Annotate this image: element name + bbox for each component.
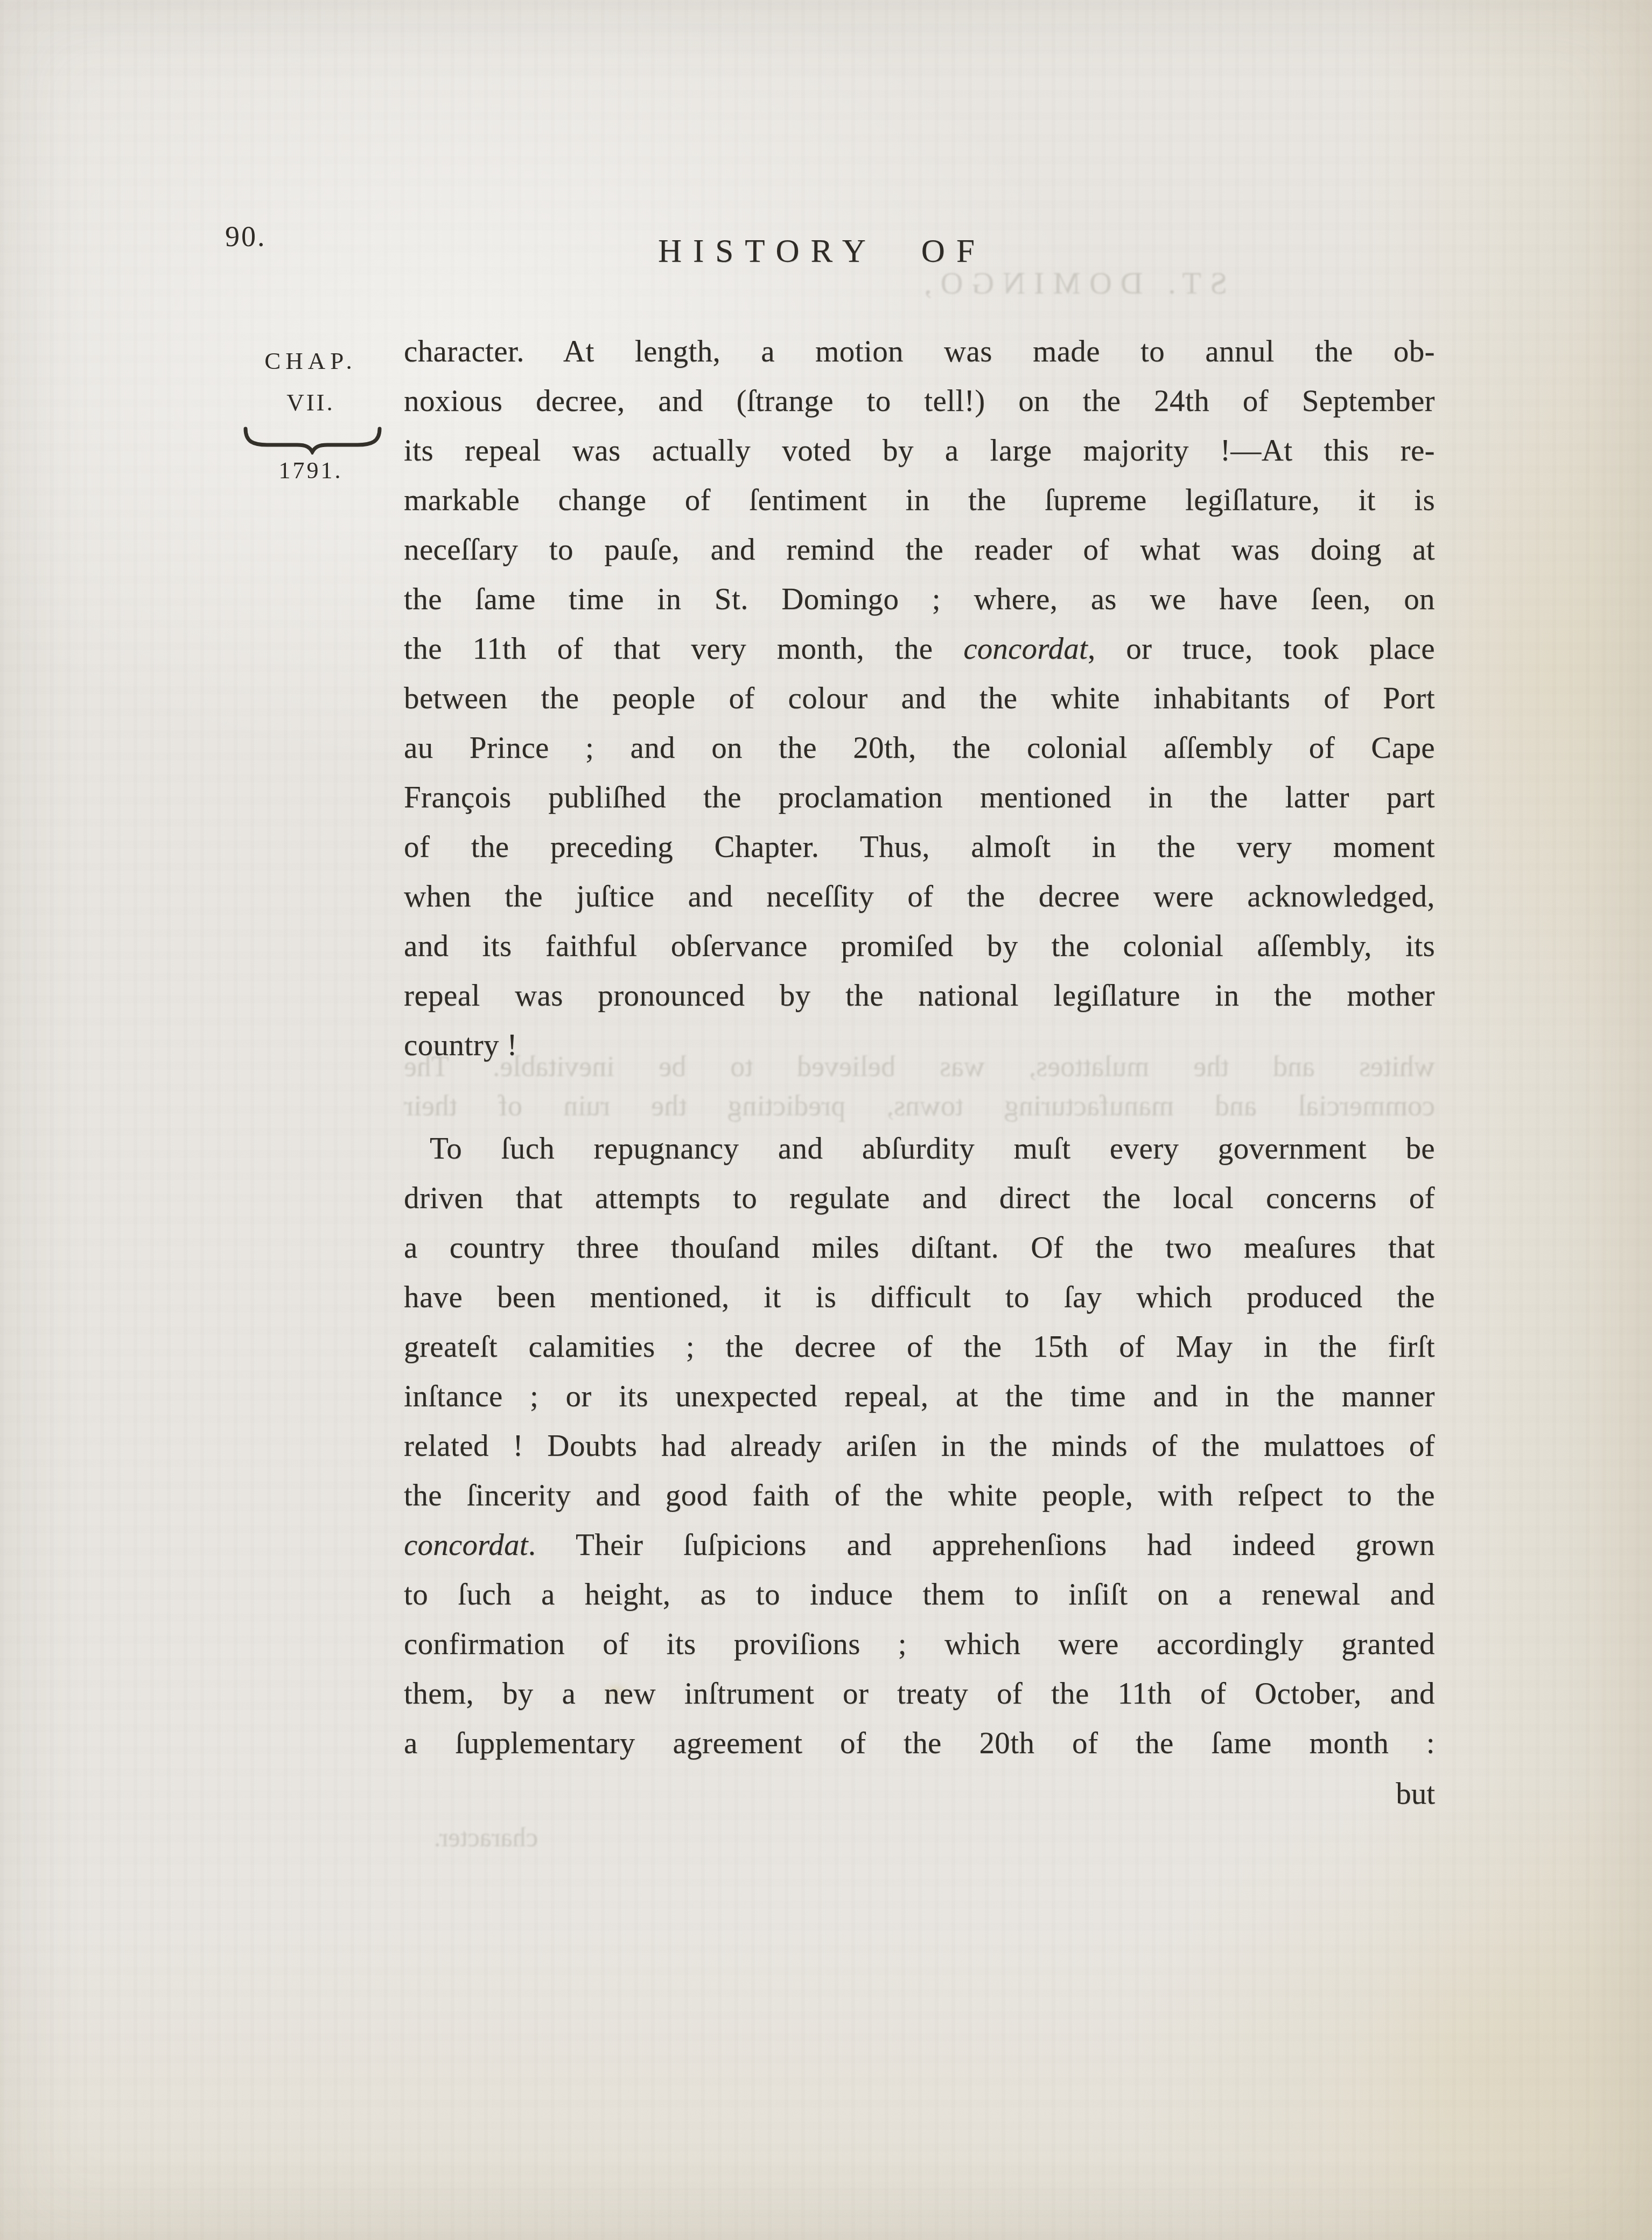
text-line: have been mentioned, it is difficult to … <box>404 1273 1435 1322</box>
text-line: greateſt calamities ; the decree of the … <box>404 1322 1435 1372</box>
text-line: au Prince ; and on the 20th, the colonia… <box>404 723 1435 773</box>
text-line: country ! <box>404 1021 1435 1070</box>
text-line: related ! Doubts had already ariſen in t… <box>404 1421 1435 1471</box>
text-line: the 11th of that very month, the concord… <box>404 624 1435 674</box>
chapter-label: CHAP. <box>241 339 380 382</box>
text-line: to ſuch a height, as to induce them to i… <box>404 1570 1435 1620</box>
page-number: 90. <box>225 220 267 253</box>
chapter-year-brace <box>241 423 384 455</box>
running-header: HISTORY OF <box>658 233 986 270</box>
chapter-year: 1791. <box>241 457 380 484</box>
text-line: between the people of colour and the whi… <box>404 674 1435 723</box>
text-line: concordat. Their ſuſpicions and apprehen… <box>404 1520 1435 1570</box>
text-line: the ſame time in St. Domingo ; where, as… <box>404 575 1435 624</box>
text-line: driven that attempts to regulate and dir… <box>404 1174 1435 1223</box>
text-line: a country three thouſand miles diſtant. … <box>404 1223 1435 1273</box>
text-line: of the preceding Chapter. Thus, almoſt i… <box>404 822 1435 872</box>
text-line: its repeal was actually voted by a large… <box>404 426 1435 476</box>
text-line: noxious decree, and (ſtrange to tell!) o… <box>404 376 1435 426</box>
chapter-numeral: VII. <box>241 382 380 422</box>
text-line: and its faithful obſervance promiſed by … <box>404 922 1435 971</box>
text-line: François publiſhed the proclamation ment… <box>404 773 1435 822</box>
text-line: neceſſary to pauſe, and remind the reade… <box>404 525 1435 575</box>
text-line: when the juſtice and neceſſity of the de… <box>404 872 1435 922</box>
paragraph: To ſuch repugnancy and abſurdity muſt ev… <box>404 1124 1435 1768</box>
text-line: To ſuch repugnancy and abſurdity muſt ev… <box>404 1124 1435 1174</box>
text-line: confirmation of its proviſions ; which w… <box>404 1620 1435 1669</box>
text-line: inſtance ; or its unexpected repeal, at … <box>404 1372 1435 1421</box>
bleed-through-text: character. <box>434 1822 538 1853</box>
book-page: 90. HISTORY OF CHAP. VII. 1791. characte… <box>0 0 1652 2240</box>
body-text: character. At length, a motion was made … <box>404 327 1435 1768</box>
catchword: but <box>404 1769 1435 1819</box>
text-line: character. At length, a motion was made … <box>404 327 1435 376</box>
bleed-through-text: ST. DOMINGO, <box>915 265 1227 301</box>
paragraph: character. At length, a motion was made … <box>404 327 1435 1070</box>
text-line: markable change of ſentiment in the ſupr… <box>404 476 1435 525</box>
text-line: repeal was pronounced by the national le… <box>404 971 1435 1021</box>
chapter-margin-note: CHAP. VII. 1791. <box>241 339 380 484</box>
text-line: a ſupplementary agreement of the 20th of… <box>404 1719 1435 1768</box>
text-line: them, by a new inſtrument or treaty of t… <box>404 1669 1435 1719</box>
text-line: the ſincerity and good faith of the whit… <box>404 1471 1435 1520</box>
